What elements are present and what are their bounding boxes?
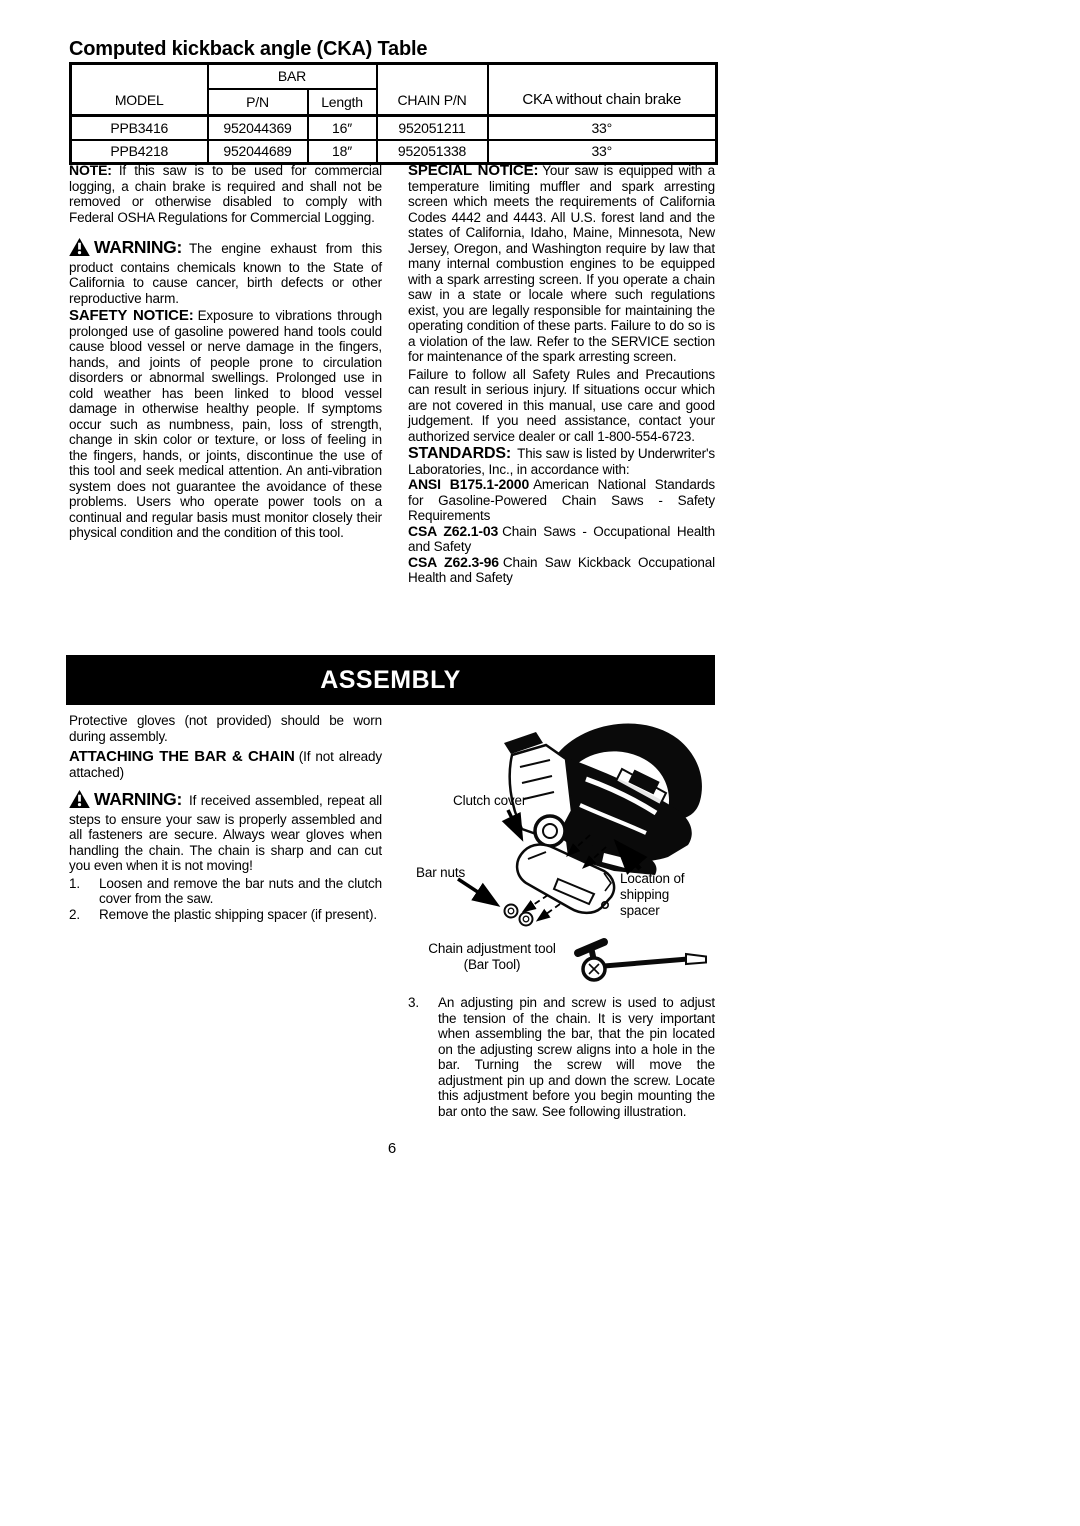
warning-triangle-icon [69, 790, 90, 812]
table-header-bar-length: Length [308, 89, 377, 116]
chainsaw-illustration: Clutch cover Bar nuts Location of shippi… [408, 713, 715, 995]
cell-model: PPB4218 [71, 140, 208, 164]
label-bar-nuts: Bar nuts [416, 865, 465, 881]
bar-tool-drawing [578, 942, 706, 980]
table-header-bar-pn: P/N [208, 89, 308, 116]
warning-triangle-icon [69, 238, 90, 260]
cell-model: PPB3416 [71, 116, 208, 140]
assembly-warning-label: WARNING: [94, 789, 182, 809]
manual-page: Computed kickback angle (CKA) Table MODE… [0, 0, 1080, 1526]
step-text: Loosen and remove the bar nuts and the c… [99, 876, 382, 907]
note-label: NOTE: [69, 162, 112, 178]
safety-notice-label: SAFETY NOTICE: [69, 307, 194, 324]
cell-bar-pn: 952044689 [208, 140, 308, 164]
label-bar-tool: Chain adjustment tool (Bar Tool) [408, 941, 576, 973]
step-text: An adjusting pin and screw is used to ad… [438, 995, 715, 1119]
gloves-paragraph: Protective gloves (not provided) should … [69, 713, 382, 744]
left-column: NOTE:If this saw is to be used for comme… [69, 163, 382, 586]
step-item: 3. An adjusting pin and screw is used to… [408, 995, 715, 1119]
label-bar-tool-line1: Chain adjustment tool [408, 941, 576, 957]
failure-text: Failure to follow all Safety Rules and P… [408, 367, 715, 444]
table-header-cka: CKA without chain brake [488, 64, 717, 116]
special-notice-text: Your saw is equipped with a temperature … [408, 163, 715, 364]
special-notice-paragraph: SPECIAL NOTICE:Your saw is equipped with… [408, 163, 715, 365]
note-text: If this saw is to be used for commercial… [69, 163, 382, 225]
csa1-label: CSA Z62.1-03 [408, 523, 498, 539]
standards-label: STANDARDS: [408, 445, 511, 462]
table-row: PPB4218 952044689 18″ 952051338 33° [71, 140, 717, 164]
attaching-heading: ATTACHING THE BAR & CHAIN(If not already… [69, 749, 382, 780]
cell-length: 18″ [308, 140, 377, 164]
cell-bar-pn: 952044369 [208, 116, 308, 140]
step-number: 3. [408, 995, 438, 1119]
assembly-left-column: Protective gloves (not provided) should … [69, 713, 382, 1119]
assembly-warning-paragraph: WARNING:If received assembled, repeat al… [69, 790, 382, 874]
step-number: 2. [69, 907, 99, 923]
assembly-banner-label: ASSEMBLY [320, 666, 461, 695]
warning-label: WARNING: [94, 237, 182, 257]
safety-notice-text: Exposure to vibrations through prolonged… [69, 308, 382, 540]
assembly-right-column: Clutch cover Bar nuts Location of shippi… [408, 713, 715, 1119]
table-header-bar: BAR [208, 64, 377, 89]
cka-table: MODEL BAR CHAIN P/N CKA without chain br… [69, 62, 718, 165]
attaching-label: ATTACHING THE BAR & CHAIN [69, 748, 295, 765]
cell-chain-pn: 952051211 [377, 116, 488, 140]
cell-cka: 33° [488, 140, 717, 164]
step-item: 2. Remove the plastic shipping spacer (i… [69, 907, 382, 923]
step-text: Remove the plastic shipping spacer (if p… [99, 907, 382, 923]
page-number: 6 [69, 1140, 715, 1157]
ansi-label: ANSI B175.1-2000 [408, 476, 529, 492]
warning-paragraph: WARNING:The engine exhaust from this pro… [69, 238, 382, 306]
table-header-chain-pn: CHAIN P/N [377, 64, 488, 116]
csa2-label: CSA Z62.3-96 [408, 554, 499, 570]
ansi-paragraph: ANSI B175.1-2000American National Standa… [408, 477, 715, 524]
assembly-banner: ASSEMBLY [66, 655, 715, 705]
section-assembly: Protective gloves (not provided) should … [69, 713, 715, 1119]
cell-chain-pn: 952051338 [377, 140, 488, 164]
safety-notice-paragraph: SAFETY NOTICE:Exposure to vibrations thr… [69, 308, 382, 541]
note-paragraph: NOTE:If this saw is to be used for comme… [69, 163, 382, 225]
failure-paragraph: Failure to follow all Safety Rules and P… [408, 367, 715, 445]
section-notices: NOTE:If this saw is to be used for comme… [69, 163, 715, 586]
right-column: SPECIAL NOTICE:Your saw is equipped with… [408, 163, 715, 586]
gloves-text: Protective gloves (not provided) should … [69, 713, 382, 744]
assembly-steps: 1. Loosen and remove the bar nuts and th… [69, 876, 382, 923]
cell-length: 16″ [308, 116, 377, 140]
table-row: PPB3416 952044369 16″ 952051211 33° [71, 116, 717, 140]
csa1-paragraph: CSA Z62.1-03Chain Saws - Occupational He… [408, 524, 715, 555]
cell-cka: 33° [488, 116, 717, 140]
table-header-model: MODEL [71, 64, 208, 116]
special-notice-label: SPECIAL NOTICE: [408, 162, 538, 179]
step-item: 1. Loosen and remove the bar nuts and th… [69, 876, 382, 907]
label-clutch-cover: Clutch cover [453, 793, 526, 809]
page-title: Computed kickback angle (CKA) Table [69, 38, 427, 61]
label-shipping-spacer: Location of shipping spacer [620, 871, 706, 919]
csa2-paragraph: CSA Z62.3-96Chain Saw Kickback Occupatio… [408, 555, 715, 586]
standards-paragraph: STANDARDS:This saw is listed by Underwri… [408, 446, 715, 477]
step-number: 1. [69, 876, 99, 907]
label-bar-tool-line2: (Bar Tool) [408, 957, 576, 973]
